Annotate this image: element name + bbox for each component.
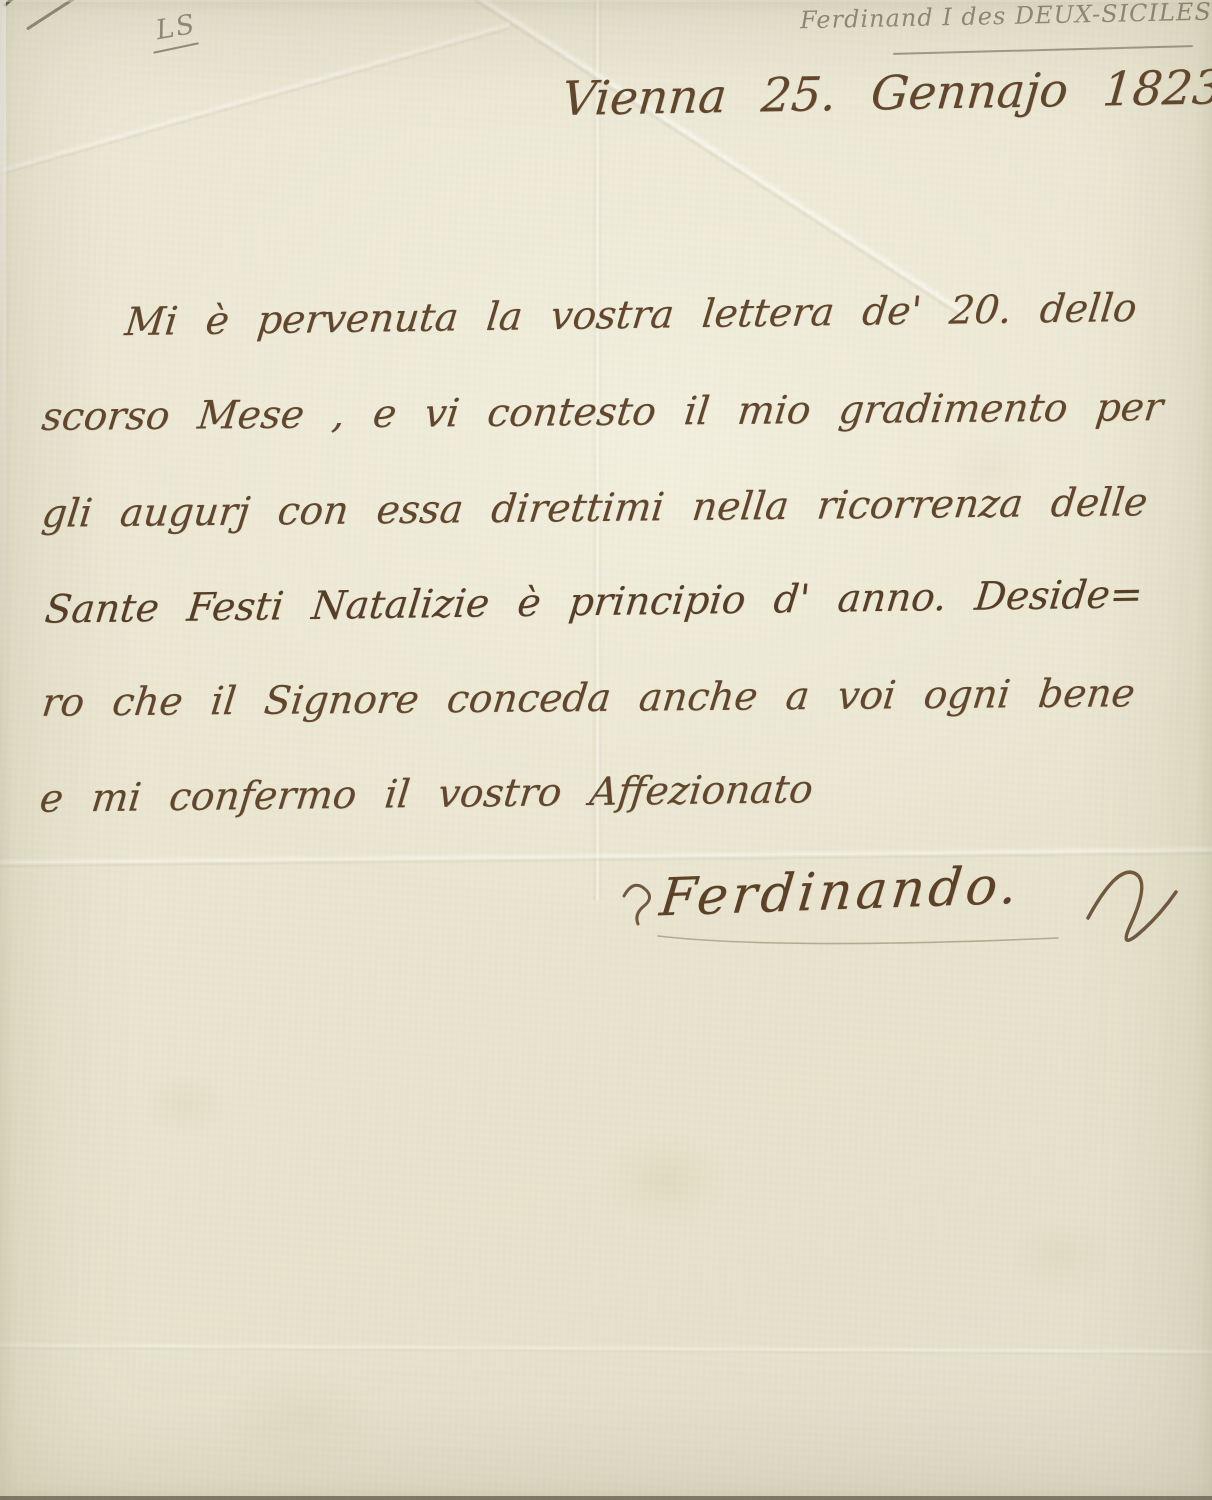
body-line: Sante Festi Natalizie è principio d' ann… — [43, 572, 1145, 632]
dateline: Vienna 25. Gennajo 1823. — [560, 60, 1212, 127]
scan-edge — [0, 0, 6, 780]
horizontal-fold-crease — [0, 846, 1212, 869]
corner-pencil-slash — [26, 0, 76, 30]
scan-edge — [0, 1496, 1212, 1500]
signature: Ferdinando. — [657, 856, 1024, 929]
corner-pencil-mark: LS — [154, 9, 199, 47]
body-line: scorso Mese , e vi contesto il mio gradi… — [39, 385, 1165, 440]
body-line: ro che il Signore conceda anche a voi og… — [39, 671, 1137, 726]
letter-scan: Ferdinand I des DEUX-SICILES LS Vienna 2… — [0, 0, 1212, 1500]
archivist-annotation: Ferdinand I des DEUX-SICILES — [800, 0, 1210, 34]
annotation-underline — [893, 45, 1193, 55]
body-line: e mi confermo il vostro Affezionato — [38, 767, 816, 822]
body-line: gli augurj con essa direttimi nella rico… — [40, 480, 1150, 537]
corner-edge-mark — [3, 0, 25, 7]
vertical-fold-crease — [592, 0, 602, 900]
diagonal-crease — [0, 21, 511, 185]
horizontal-fold-crease — [0, 1342, 1212, 1356]
scan-vignette — [0, 0, 1212, 1500]
paper-grain — [0, 0, 1212, 1500]
body-line: Mi è pervenuta la vostra lettera de' 20.… — [123, 286, 1139, 345]
diagonal-crease — [423, 0, 966, 319]
